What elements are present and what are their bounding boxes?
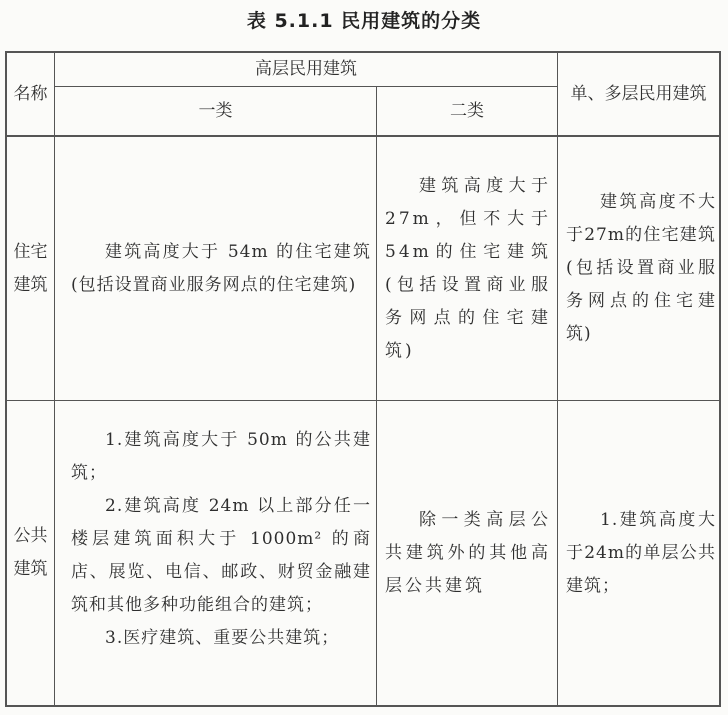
public-class-one-item-3: 3.医疗建筑、重要公共建筑；	[71, 622, 371, 655]
table-title: 表 5.1.1 民用建筑的分类	[0, 6, 728, 33]
row-public-name-line1: 公共	[14, 520, 48, 553]
table-border-bottom	[5, 705, 721, 707]
building-classification-table: 名称 高层民用建筑 一类 二类 单、多层民用建筑 住宅 建筑 建筑高度大于 54…	[5, 51, 721, 707]
row-residential-name-line2: 建筑	[14, 269, 48, 302]
row-public-class-two: 除一类高层公共建筑外的其他高层公共建筑	[385, 401, 551, 705]
header-high-rise: 高层民用建筑	[55, 53, 557, 86]
row-residential-name-line1: 住宅	[14, 236, 48, 269]
header-low-multi: 单、多层民用建筑	[558, 53, 719, 135]
public-class-one-item-1: 1.建筑高度大于 50m 的公共建筑；	[71, 424, 371, 490]
divider-class-one-two	[376, 86, 377, 707]
row-residential-class-two: 建筑高度大于27m，但不大于54m的住宅建筑(包括设置商业服务网点的住宅建筑)	[385, 137, 551, 400]
row-public-class-one: 1.建筑高度大于 50m 的公共建筑； 2.建筑高度 24m 以上部分任一楼层建…	[71, 424, 371, 694]
row-residential-name: 住宅 建筑	[7, 137, 54, 400]
header-name: 名称	[7, 53, 54, 135]
table-border-right	[719, 51, 721, 707]
header-class-two: 二类	[377, 87, 557, 135]
divider-class-two-low	[557, 51, 558, 707]
row-public-name: 公共 建筑	[7, 401, 54, 705]
row-public-low-multi: 1.建筑高度大于24m的单层公共建筑；	[566, 401, 716, 705]
divider-name-col	[54, 51, 55, 707]
row-residential-class-one: 建筑高度大于 54m 的住宅建筑(包括设置商业服务网点的住宅建筑)	[71, 137, 371, 400]
row-public-name-line2: 建筑	[14, 553, 48, 586]
public-class-one-item-2: 2.建筑高度 24m 以上部分任一楼层建筑面积大于 1000m² 的商店、展览、…	[71, 490, 371, 622]
header-class-one: 一类	[55, 87, 376, 135]
row-residential-low-multi: 建筑高度不大于27m的住宅建筑(包括设置商业服务网点的住宅建筑)	[566, 137, 716, 400]
